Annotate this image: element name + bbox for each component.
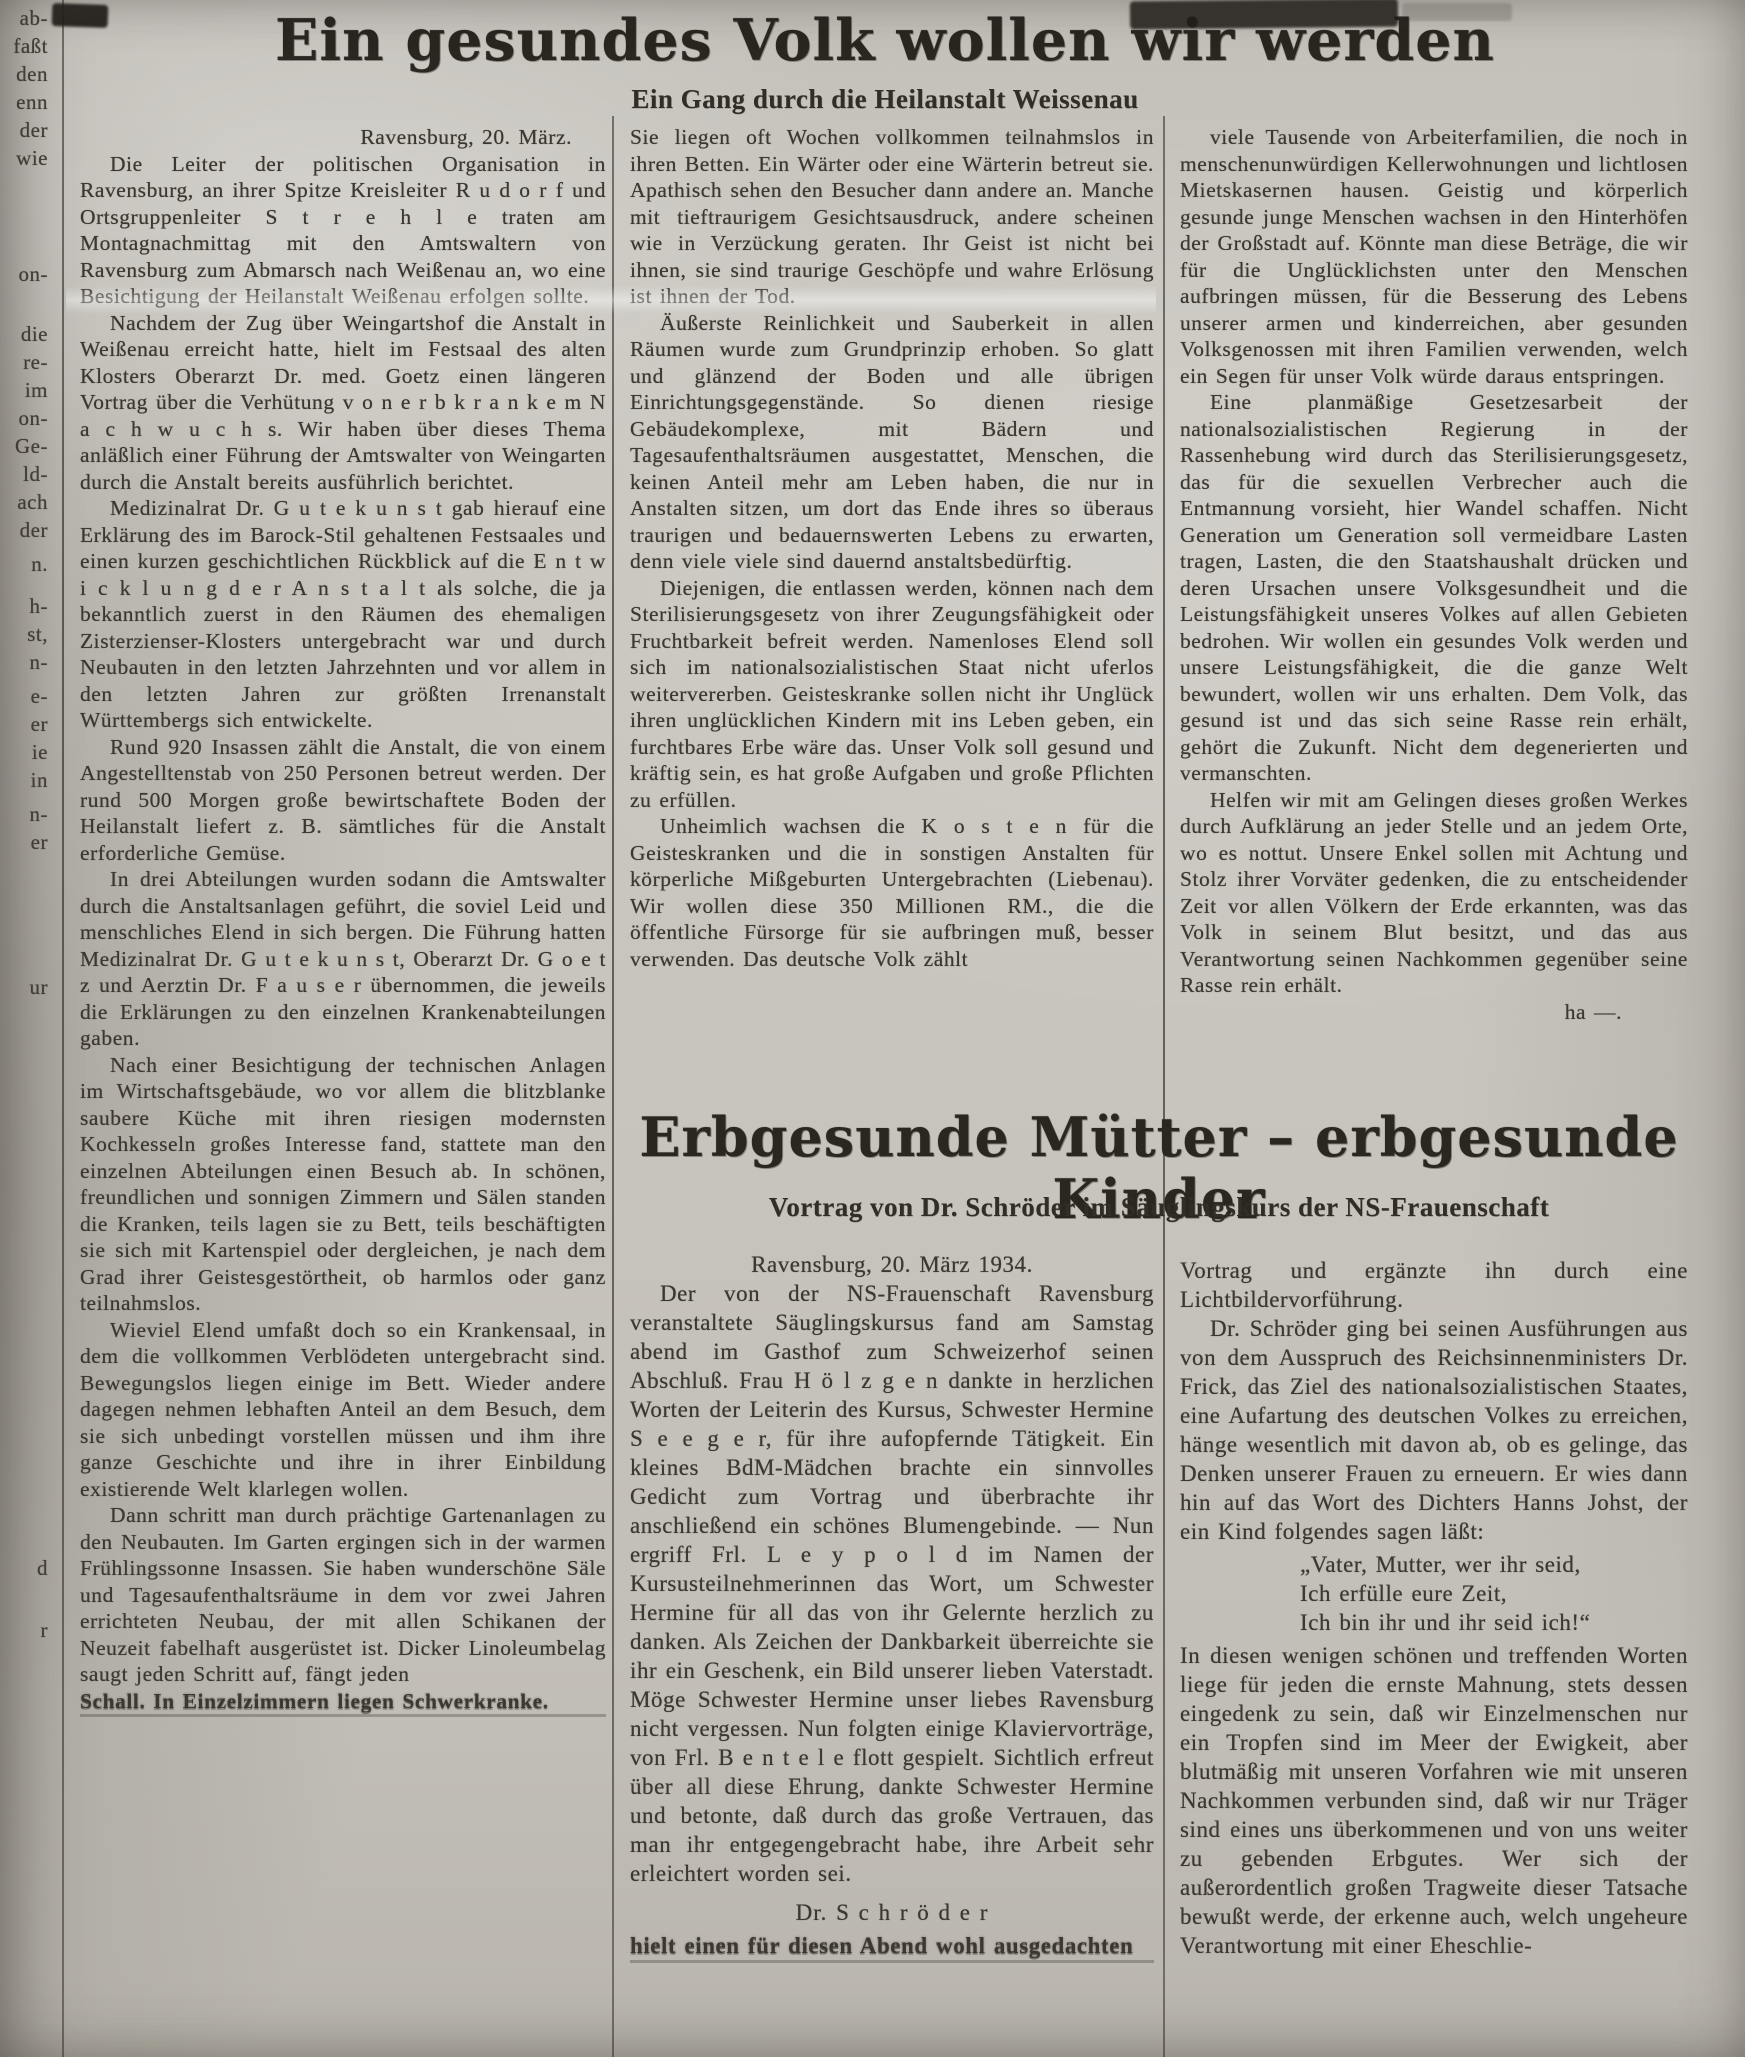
- paragraph: Diejenigen, die entlassen werden, können…: [630, 575, 1154, 814]
- cutoff-text-fragment: h-: [30, 594, 49, 619]
- cutoff-text-fragment: im: [25, 378, 48, 403]
- cutoff-text-fragment: d: [37, 1556, 48, 1581]
- cutoff-text-fragment: st,: [27, 622, 48, 647]
- cutoff-text-fragment: ld-: [23, 462, 48, 487]
- paragraph: Unheimlich wachsen die K o s t e n für d…: [630, 813, 1154, 972]
- paragraph: Wieviel Elend umfaßt doch so ein Kranken…: [80, 1317, 606, 1503]
- cutoff-text-fragment: ie: [32, 740, 48, 765]
- cutoff-text-fragment: ab-: [20, 6, 48, 31]
- paragraph: Ich erfülle eure Zeit,: [1180, 1579, 1688, 1608]
- cutoff-text-fragment: re-: [23, 350, 48, 375]
- paragraph: Medizinalrat Dr. G u t e k u n s t gab h…: [80, 495, 606, 734]
- paragraph: Dann schritt man durch prächtige Gartena…: [80, 1502, 606, 1688]
- cutoff-text-fragment: on-: [19, 406, 49, 431]
- paragraph: ha —.: [1180, 999, 1688, 1026]
- cutoff-text-fragment: r: [41, 1618, 49, 1643]
- paragraph: Vortrag und ergänzte ihn durch eine Lich…: [1180, 1256, 1688, 1314]
- paragraph: Rund 920 Insassen zählt die Anstalt, die…: [80, 734, 606, 867]
- newspaper-page: ab-faßtdenennderwieon-diere-imon-Ge-ld-a…: [0, 0, 1745, 2057]
- cutoff-text-fragment: n.: [31, 552, 48, 577]
- cutoff-text-fragment: die: [21, 322, 48, 347]
- ink-smudge-top-right: [1130, 0, 1398, 29]
- paragraph: viele Tausende von Arbeiterfamilien, die…: [1180, 124, 1688, 389]
- paragraph: hielt einen für diesen Abend wohl ausged…: [630, 1931, 1154, 1963]
- paragraph: Ich bin ihr und ihr seid ich!“: [1180, 1608, 1688, 1637]
- paragraph: Dr. Schröder ging bei seinen Ausführunge…: [1180, 1314, 1688, 1546]
- paragraph: Äußerste Reinlichkeit und Sauberkeit in …: [630, 310, 1154, 575]
- cutoff-text-fragment: er: [31, 712, 48, 737]
- cutoff-text-fragment: ur: [30, 975, 49, 1000]
- paragraph: „Vater, Mutter, wer ihr seid,: [1180, 1550, 1688, 1579]
- cutoff-text-fragment: n-: [30, 650, 49, 675]
- paragraph: Eine planmäßige Gesetzesarbeit der natio…: [1180, 389, 1688, 787]
- paragraph: Nachdem der Zug über Weingartshof die An…: [80, 310, 606, 496]
- article2-column-1: Ravensburg, 20. März 1934. Der von der N…: [630, 1250, 1154, 2057]
- cutoff-text-fragment: enn: [16, 90, 48, 115]
- article1-dateline: Ravensburg, 20. März.: [80, 124, 606, 151]
- column-rule-right: [1163, 116, 1165, 2057]
- article2-dateline: Ravensburg, 20. März 1934.: [630, 1250, 1154, 1279]
- cutoff-text-fragment: Ge-: [15, 434, 48, 459]
- ink-smudge-top-left: [52, 3, 109, 28]
- article1-column-2: Sie liegen oft Wochen vollkommen teilnah…: [630, 124, 1154, 1082]
- paragraph: Schall. In Einzelzimmern liegen Schwerkr…: [80, 1688, 606, 1718]
- paragraph: Helfen wir mit am Gelingen dieses großen…: [1180, 787, 1688, 999]
- column-rule-middle: [612, 116, 614, 2057]
- article2-column-2: Vortrag und ergänzte ihn durch eine Lich…: [1180, 1256, 1688, 2057]
- article1-column-1: Ravensburg, 20. März. Die Leiter der pol…: [80, 124, 606, 2050]
- cutoff-text-fragment: in: [31, 768, 48, 793]
- paragraph: Nach einer Besichtigung der technischen …: [80, 1052, 606, 1317]
- paragraph: In diesen wenigen schönen und treffenden…: [1180, 1641, 1688, 1960]
- cutoff-text-fragment: ach: [17, 490, 48, 515]
- column-rule-left: [62, 0, 64, 2057]
- paragraph: Dr. S c h r ö d e r: [630, 1898, 1154, 1927]
- poem-quote: „Vater, Mutter, wer ihr seid,Ich erfülle…: [1180, 1550, 1688, 1637]
- paragraph: Sie liegen oft Wochen vollkommen teilnah…: [630, 124, 1154, 310]
- paragraph: In drei Abteilungen wurden sodann die Am…: [80, 866, 606, 1052]
- cutoff-text-fragment: wie: [16, 146, 48, 171]
- cutoff-text-fragment: er: [31, 830, 48, 855]
- cutoff-text-fragment: der: [20, 518, 48, 543]
- paragraph: Die Leiter der politischen Organisation …: [80, 151, 606, 310]
- ink-smudge-top-right-faint: [1402, 3, 1512, 21]
- cutoff-text-fragment: der: [20, 118, 48, 143]
- cutoff-text-fragment: n-: [30, 802, 49, 827]
- left-edge-text-fragments: ab-faßtdenennderwieon-diere-imon-Ge-ld-a…: [0, 0, 50, 2057]
- cutoff-text-fragment: on-: [19, 262, 49, 287]
- cutoff-text-fragment: den: [16, 62, 48, 87]
- article1-column-3: viele Tausende von Arbeiterfamilien, die…: [1180, 124, 1688, 1082]
- article1-subheadline: Ein Gang durch die Heilanstalt Weissenau: [90, 84, 1680, 114]
- cutoff-text-fragment: faßt: [13, 34, 48, 59]
- paragraph: Der von der NS-Frauenschaft Ravensburg v…: [630, 1279, 1154, 1888]
- article2-subheadline: Vortrag von Dr. Schröder im Säuglingskur…: [630, 1192, 1688, 1222]
- cutoff-text-fragment: e-: [31, 684, 48, 709]
